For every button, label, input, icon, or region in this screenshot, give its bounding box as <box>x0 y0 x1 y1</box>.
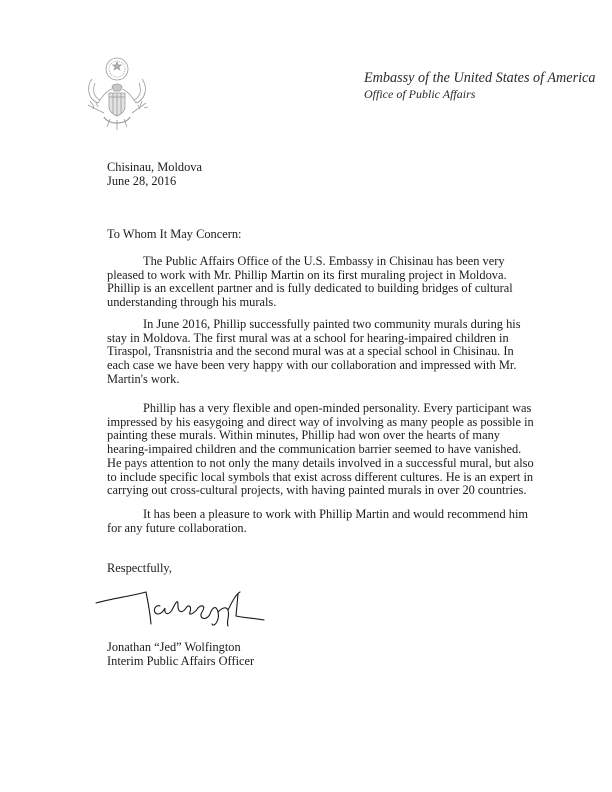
paragraph-line: Martin's work. <box>107 373 547 387</box>
paragraph-3: Phillip has a very flexible and open-min… <box>107 402 547 498</box>
paragraph-line: understanding through his murals. <box>107 296 547 310</box>
paragraph-line: each case we have been very happy with o… <box>107 359 547 373</box>
paragraph-1: The Public Affairs Office of the U.S. Em… <box>107 255 547 310</box>
paragraph-line: In June 2016, Phillip successfully paint… <box>107 318 547 332</box>
paragraph-line: Tiraspol, Transnistria and the second mu… <box>107 345 547 359</box>
closing: Respectfully, <box>107 562 172 576</box>
paragraph-line: stay in Moldova. The first mural was at … <box>107 332 547 346</box>
paragraph-line: painting these murals. Within minutes, P… <box>107 429 547 443</box>
paragraph-line: Phillip is an excellent partner and is f… <box>107 282 547 296</box>
paragraph-line: Phillip has a very flexible and open-min… <box>107 402 547 416</box>
paragraph-line: pleased to work with Mr. Phillip Martin … <box>107 269 547 283</box>
paragraph-line: The Public Affairs Office of the U.S. Em… <box>107 255 547 269</box>
embassy-name: Embassy of the United States of America <box>364 70 595 87</box>
office-name: Office of Public Affairs <box>364 87 595 102</box>
signatory-name: Jonathan “Jed” Wolfington <box>107 641 241 655</box>
paragraph-line: for any future collaboration. <box>107 522 547 536</box>
paragraph-line: to include specific local symbols that e… <box>107 471 547 485</box>
letterhead: Embassy of the United States of America … <box>364 70 595 102</box>
paragraph-line: It has been a pleasure to work with Phil… <box>107 508 547 522</box>
paragraph-line: impressed by his easygoing and direct wa… <box>107 416 547 430</box>
paragraph-4: It has been a pleasure to work with Phil… <box>107 508 547 535</box>
paragraph-line: hearing-impaired children and the commun… <box>107 443 547 457</box>
signature-image <box>94 588 274 633</box>
paragraph-line: He pays attention to not only the many d… <box>107 457 547 471</box>
paragraph-line: carrying out cross-cultural projects, wi… <box>107 484 547 498</box>
us-great-seal-icon <box>82 53 152 133</box>
salutation: To Whom It May Concern: <box>107 228 242 242</box>
letter-date: June 28, 2016 <box>107 175 176 189</box>
paragraph-2: In June 2016, Phillip successfully paint… <box>107 318 547 387</box>
signatory-title: Interim Public Affairs Officer <box>107 655 254 669</box>
location: Chisinau, Moldova <box>107 161 202 175</box>
